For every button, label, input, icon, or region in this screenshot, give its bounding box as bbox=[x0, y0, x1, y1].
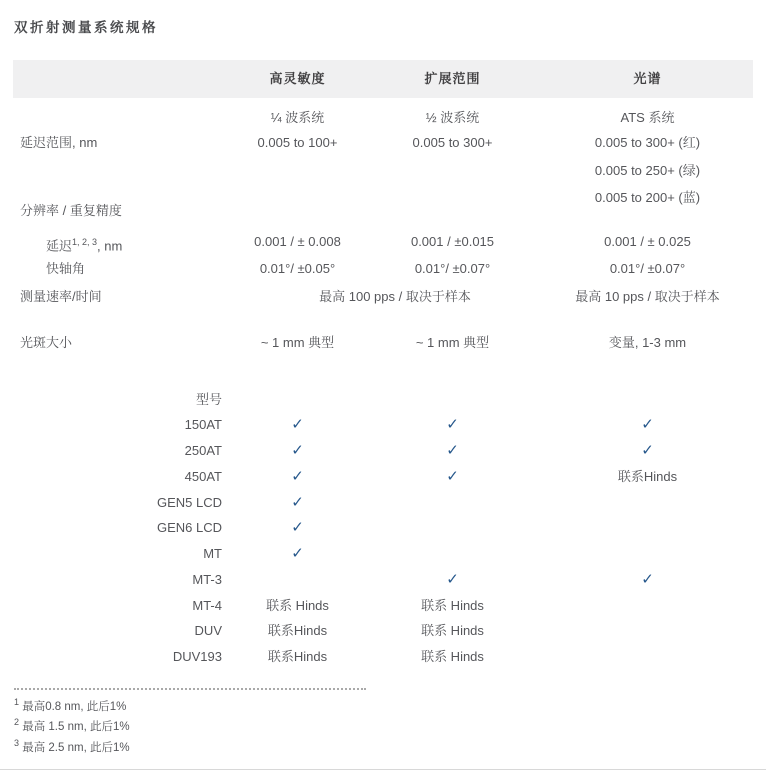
model-availability: 联系 Hinds bbox=[355, 622, 550, 640]
footnotes: 1 最高0.8 nm, 此后1% 2 最高 1.5 nm, 此后1% 3 最高 … bbox=[14, 695, 130, 756]
model-availability: 联系 Hinds bbox=[355, 597, 550, 615]
model-availability: 联系Hinds bbox=[240, 648, 355, 666]
model-row: 450AT ✓ ✓ 联系Hinds bbox=[14, 468, 745, 486]
model-row: GEN5 LCD ✓ bbox=[14, 494, 745, 512]
retardation-range-col3-red: 0.005 to 300+ (红) bbox=[550, 134, 745, 152]
system-ats: ATS 系统 bbox=[550, 109, 745, 127]
retardation-resolution-row: 延迟1, 2, 3, nm 0.001 / ± 0.008 0.001 / ±0… bbox=[14, 233, 745, 255]
retardation-resolution-col3: 0.001 / ± 0.025 bbox=[550, 233, 745, 255]
model-availability: 联系Hinds bbox=[550, 468, 745, 486]
retardation-range-col2: 0.005 to 300+ bbox=[355, 134, 550, 152]
model-availability bbox=[550, 648, 745, 666]
model-availability bbox=[240, 571, 355, 589]
retardation-range-row: 延迟范围, nm 0.005 to 100+ 0.005 to 300+ 0.0… bbox=[14, 134, 745, 152]
model-availability: ✓ bbox=[240, 416, 355, 434]
page-title: 双折射测量系统规格 bbox=[14, 16, 158, 36]
column-header-extended-range: 扩展范围 bbox=[355, 60, 550, 98]
model-availability bbox=[550, 545, 745, 563]
model-availability bbox=[550, 597, 745, 615]
measurement-rate-col3: 最高 10 pps / 取决于样本 bbox=[550, 288, 745, 306]
retardation-range-label: 延迟范围, nm bbox=[14, 134, 240, 152]
spot-size-row: 光斑大小 ~ 1 mm 典型 ~ 1 mm 典型 变量, 1-3 mm bbox=[14, 334, 745, 352]
model-availability bbox=[550, 622, 745, 640]
measurement-rate-label: 测量速率/时间 bbox=[14, 288, 240, 306]
model-availability: 联系 Hinds bbox=[355, 648, 550, 666]
model-availability: ✓ bbox=[550, 416, 745, 434]
model-section-label: 型号 bbox=[14, 391, 240, 409]
footnote-separator bbox=[14, 688, 366, 690]
retardation-range-col3-green: 0.005 to 250+ (绿) bbox=[550, 162, 745, 180]
system-type-row: ¼ 波系统 ½ 波系统 ATS 系统 bbox=[14, 109, 745, 127]
column-header-spectral: 光谱 bbox=[550, 60, 745, 98]
model-availability: ✓ bbox=[355, 416, 550, 434]
model-availability: ✓ bbox=[355, 468, 550, 486]
retardation-range-green-row: 0.005 to 250+ (绿) bbox=[14, 162, 745, 180]
model-availability: ✓ bbox=[240, 519, 355, 537]
model-availability bbox=[550, 519, 745, 537]
resolution-section-row: 分辨率 / 重复精度 bbox=[14, 202, 745, 220]
model-availability bbox=[355, 494, 550, 512]
model-availability: ✓ bbox=[355, 442, 550, 460]
fast-axis-angle-col3: 0.01°/ ±0.07° bbox=[550, 260, 745, 278]
model-availability: ✓ bbox=[240, 442, 355, 460]
retardation-resolution-label: 延迟1, 2, 3, nm bbox=[14, 233, 240, 255]
header-spacer bbox=[14, 60, 240, 98]
model-availability bbox=[355, 545, 550, 563]
column-header-high-sensitivity: 高灵敏度 bbox=[240, 60, 355, 98]
model-availability: ✓ bbox=[550, 571, 745, 589]
fast-axis-angle-col1: 0.01°/ ±0.05° bbox=[240, 260, 355, 278]
footnote-2: 2 最高 1.5 nm, 此后1% bbox=[14, 715, 130, 735]
retardation-resolution-col2: 0.001 / ±0.015 bbox=[355, 233, 550, 255]
spec-page: 双折射测量系统规格 高灵敏度 扩展范围 光谱 ¼ 波系统 ½ 波系统 ATS 系… bbox=[0, 0, 766, 783]
model-availability: ✓ bbox=[240, 545, 355, 563]
system-half-wave: ½ 波系统 bbox=[355, 109, 550, 127]
measurement-rate-row: 测量速率/时间 最高 100 pps / 取决于样本 最高 10 pps / 取… bbox=[14, 288, 745, 306]
model-section-row: 型号 bbox=[14, 391, 745, 409]
model-availability: ✓ bbox=[240, 468, 355, 486]
spot-size-label: 光斑大小 bbox=[14, 334, 240, 352]
model-row: DUV193 联系Hinds 联系 Hinds bbox=[14, 648, 745, 666]
model-availability: ✓ bbox=[355, 571, 550, 589]
fast-axis-angle-col2: 0.01°/ ±0.07° bbox=[355, 260, 550, 278]
spot-size-col3: 变量, 1-3 mm bbox=[550, 334, 745, 352]
model-row: DUV 联系Hinds 联系 Hinds bbox=[14, 622, 745, 640]
page-bottom-divider bbox=[0, 769, 766, 770]
model-row: 250AT ✓ ✓ ✓ bbox=[14, 442, 745, 460]
model-row: MT-3 ✓ ✓ bbox=[14, 571, 745, 589]
model-availability bbox=[355, 519, 550, 537]
measurement-rate-col1-2: 最高 100 pps / 取决于样本 bbox=[240, 288, 550, 306]
footnote-3: 3 最高 2.5 nm, 此后1% bbox=[14, 736, 130, 756]
resolution-section-label: 分辨率 / 重复精度 bbox=[14, 202, 240, 220]
model-row: GEN6 LCD ✓ bbox=[14, 519, 745, 537]
model-availability bbox=[550, 494, 745, 512]
retardation-resolution-col1: 0.001 / ± 0.008 bbox=[240, 233, 355, 255]
fast-axis-angle-row: 快轴角 0.01°/ ±0.05° 0.01°/ ±0.07° 0.01°/ ±… bbox=[14, 260, 745, 278]
model-row: MT-4 联系 Hinds 联系 Hinds bbox=[14, 597, 745, 615]
fast-axis-angle-label: 快轴角 bbox=[14, 260, 240, 278]
table-header-row: 高灵敏度 扩展范围 光谱 bbox=[14, 60, 745, 98]
spot-size-col2: ~ 1 mm 典型 bbox=[355, 334, 550, 352]
footnote-1: 1 最高0.8 nm, 此后1% bbox=[14, 695, 130, 715]
system-quarter-wave: ¼ 波系统 bbox=[240, 109, 355, 127]
footnote-marker: 1, 2, 3 bbox=[72, 237, 97, 247]
model-availability: 联系 Hinds bbox=[240, 597, 355, 615]
model-availability: ✓ bbox=[240, 494, 355, 512]
model-availability: 联系Hinds bbox=[240, 622, 355, 640]
spot-size-col1: ~ 1 mm 典型 bbox=[240, 334, 355, 352]
model-row: MT ✓ bbox=[14, 545, 745, 563]
retardation-range-col1: 0.005 to 100+ bbox=[240, 134, 355, 152]
model-availability: ✓ bbox=[550, 442, 745, 460]
model-row: 150AT ✓ ✓ ✓ bbox=[14, 416, 745, 434]
